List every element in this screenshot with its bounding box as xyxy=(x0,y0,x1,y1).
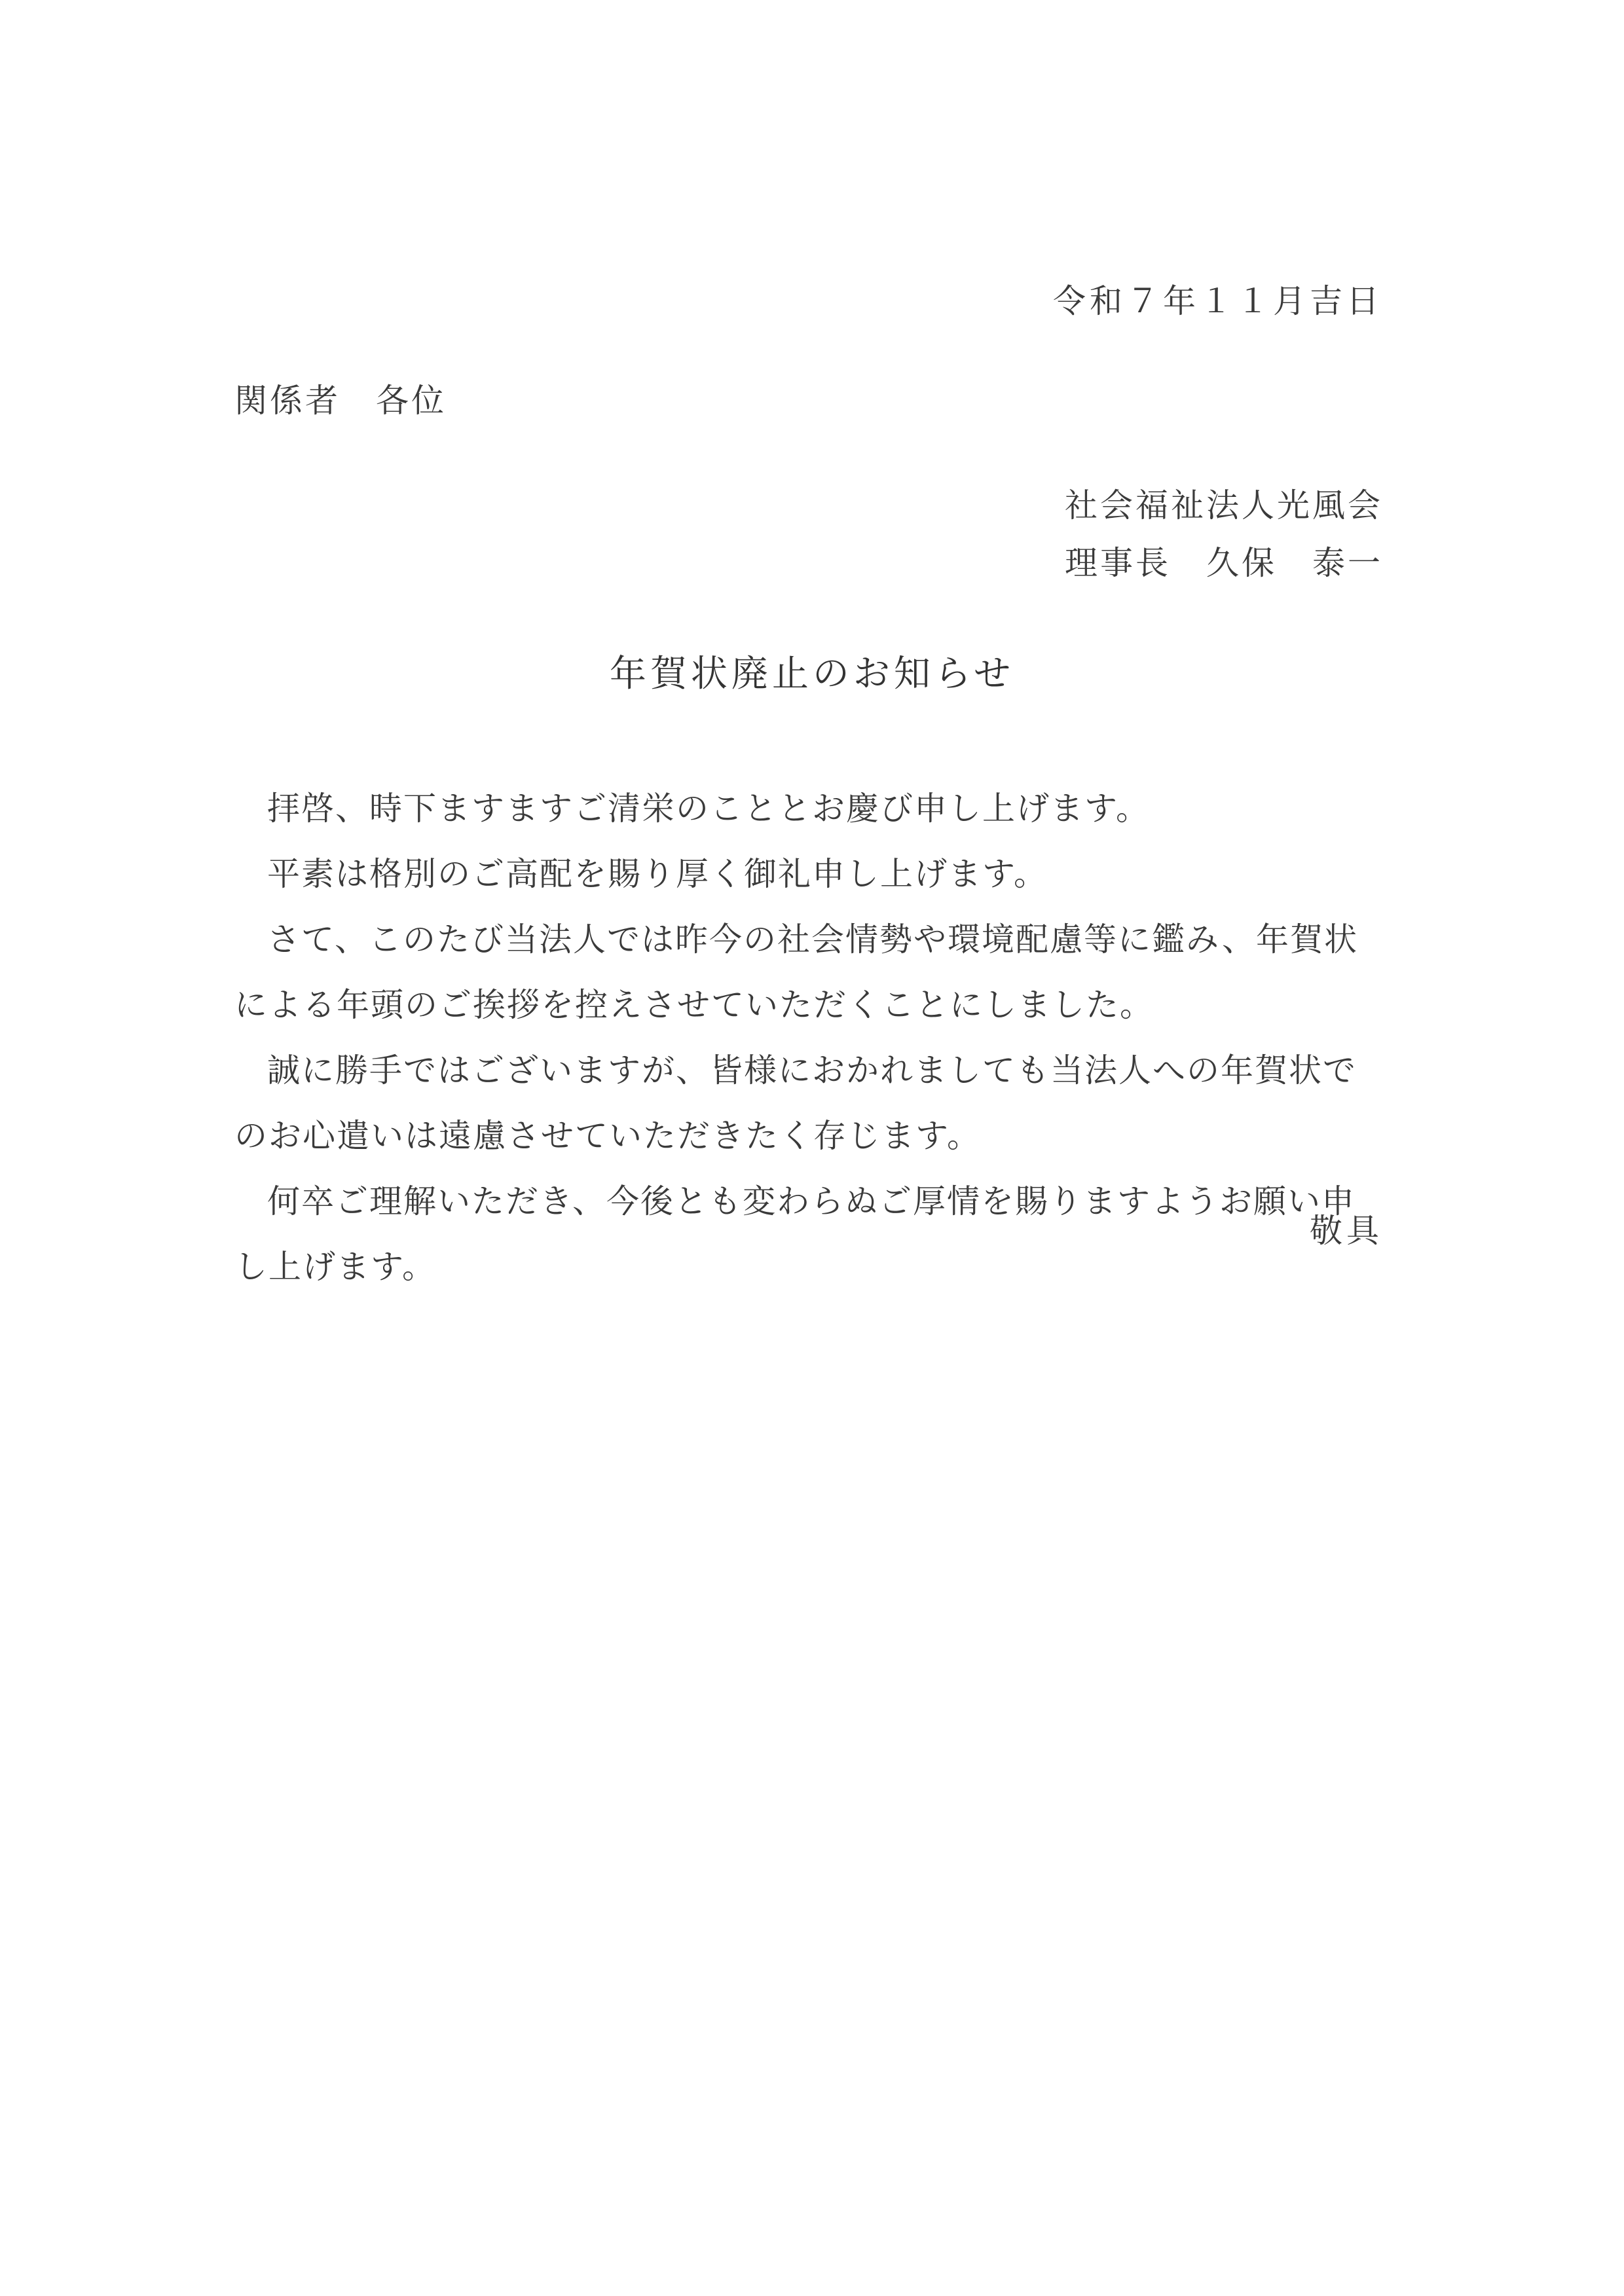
body-paragraph: さて、このたび当法人では昨今の社会情勢や環境配慮等に鑑み、年賀状による年頭のご挨… xyxy=(234,907,1387,1038)
sender-block: 社会福祉法人光風会 理事長 久保 泰一 xyxy=(1065,477,1383,592)
addressee: 関係者 各位 xyxy=(234,374,447,422)
document-title: 年賀状廃止のお知らせ xyxy=(0,645,1624,697)
closing-remark: 敬具 xyxy=(1310,1205,1383,1252)
sender-representative: 理事長 久保 泰一 xyxy=(1065,534,1383,592)
document-date: 令和７年１１月吉日 xyxy=(1053,275,1383,322)
body-paragraph: 平素は格別のご高配を賜り厚く御礼申し上げます。 xyxy=(234,841,1387,907)
document-page: 令和７年１１月吉日 関係者 各位 社会福祉法人光風会 理事長 久保 泰一 年賀状… xyxy=(0,0,1624,2296)
body-paragraph: 拝啓、時下ますますご清栄のこととお慶び申し上げます。 xyxy=(234,776,1387,841)
sender-organization: 社会福祉法人光風会 xyxy=(1065,477,1383,534)
letter-body: 拝啓、時下ますますご清栄のこととお慶び申し上げます。 平素は格別のご高配を賜り厚… xyxy=(234,776,1387,1300)
body-paragraph: 誠に勝手ではございますが、皆様におかれましても当法人への年賀状でのお心遣いは遠慮… xyxy=(234,1038,1387,1169)
body-paragraph: 何卒ご理解いただき、今後とも変わらぬご厚情を賜りますようお願い申し上げます。 xyxy=(234,1169,1387,1300)
